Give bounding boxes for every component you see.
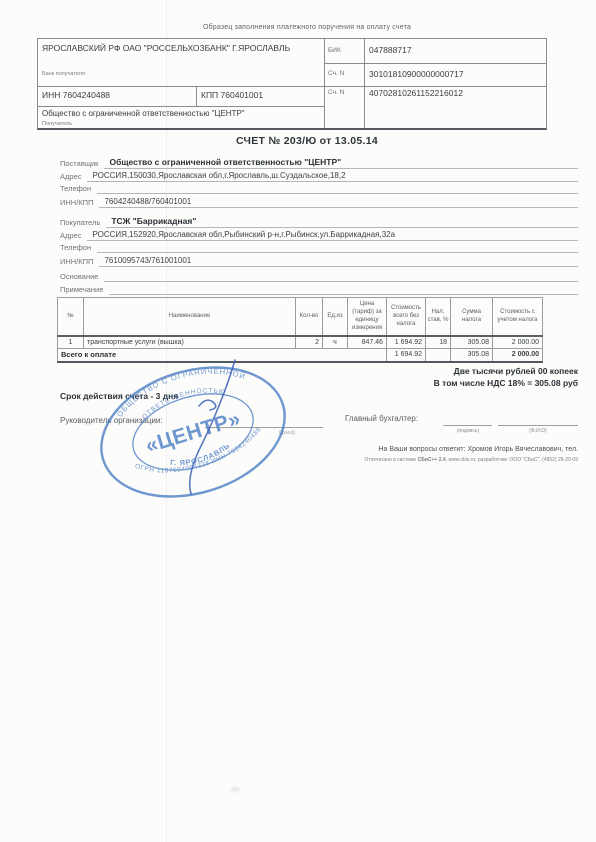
note-label: Примечание [60, 285, 109, 295]
supplier-phone [97, 184, 578, 194]
supplier-label: Поставщик [60, 159, 104, 169]
cell-unit: ч [323, 336, 348, 349]
account-value: 40702810261152216012 [369, 88, 463, 98]
cell-taxrate: 18 [426, 336, 451, 349]
scan-smudge [230, 787, 240, 792]
printed-suffix: , www.sbis.ru; разработчик: ООО "СБиС", … [446, 457, 578, 463]
innkpp-label: ИНН/КПП [60, 198, 99, 208]
accountant-sign-hint: (подпись) [438, 428, 498, 434]
cell-name: транспортные услуги (вышка) [84, 336, 296, 349]
bik-label: БИК [328, 47, 341, 54]
divider [364, 39, 365, 128]
col-header-taxrate: Нал. став. % [426, 298, 451, 336]
printed-prefix: Отпечатано в системе [364, 457, 417, 463]
payee-bank-name: ЯРОСЛАВСКИЙ РФ ОАО "РОССЕЛЬХОЗБАНК" Г.ЯР… [42, 43, 290, 53]
basis-label: Основание [60, 272, 104, 282]
printed-by-line: Отпечатано в системе СБиС++ 2.4, www.sbi… [364, 457, 578, 463]
divider [324, 39, 325, 128]
account-label: Сч. N [328, 89, 344, 96]
buyer-phone-row: Телефон [60, 243, 578, 253]
buyer-address: РОССИЯ,152920,Ярославская обл,Рыбинский … [87, 230, 578, 241]
payee-hint: Получатель [42, 121, 72, 127]
basis-value [104, 272, 578, 282]
total-empty [426, 349, 451, 362]
col-header-number: № [58, 298, 84, 336]
accountant-fio-hint: (Ф.И.О) [498, 428, 578, 434]
cell-gross: 2 000.00 [493, 336, 543, 349]
items-table: № Наименование Кол-во Ед.из Цена (тариф)… [57, 297, 543, 363]
payee-name: Общество с ограниченной ответственностью… [42, 109, 245, 118]
amount-in-words: Две тысячи рублей 00 копеек [454, 366, 578, 376]
col-header-gross: Стоимость с учетом налога [493, 298, 543, 336]
stamp-body: ОБЩЕСТВО С ОГРАНИЧЕННОЙ ОТВЕТСТВЕННОСТЬЮ… [86, 356, 301, 508]
col-header-name: Наименование [84, 298, 296, 336]
total-net: 1 694.92 [387, 349, 426, 362]
cell-number: 1 [58, 336, 84, 349]
basis-row: Основание [60, 272, 578, 282]
table-row: 1 транспортные услуги (вышка) 2 ч 847.46… [58, 336, 543, 349]
scanned-invoice-page: Образец заполнения платежного поручения … [0, 0, 596, 842]
col-header-net: Стоимость всего без налога [387, 298, 426, 336]
phone-label: Телефон [60, 184, 97, 194]
divider [196, 86, 197, 106]
divider [324, 63, 546, 64]
cell-net: 1 694.92 [387, 336, 426, 349]
payee-inn: ИНН 7604240488 [42, 90, 110, 100]
supplier-innkpp-row: ИНН/КПП 7604240488/760401001 [60, 197, 578, 208]
accountant-label: Главный бухгалтер: [345, 414, 418, 423]
bik-value: 047888717 [369, 45, 412, 55]
bank-requisites-table: ЯРОСЛАВСКИЙ РФ ОАО "РОССЕЛЬХОЗБАНК" Г.ЯР… [37, 38, 547, 130]
vat-note: В том числе НДС 18% = 305.08 руб [434, 378, 578, 388]
buyer-innkpp: 7610095743/761001001 [99, 256, 578, 267]
buyer-address-row: Адрес РОССИЯ,152920,Ярославская обл,Рыби… [60, 230, 578, 241]
buyer-label: Покупатель [60, 218, 106, 228]
col-header-qty: Кол-во [296, 298, 323, 336]
invoice-title: СЧЕТ № 203/Ю от 13.05.14 [37, 135, 577, 147]
buyer-phone [97, 243, 578, 253]
address-label: Адрес [60, 231, 87, 241]
address-label: Адрес [60, 172, 87, 182]
supplier-row: Поставщик Общество с ограниченной ответс… [60, 157, 578, 169]
corr-account-value: 30101810900000000717 [369, 69, 464, 79]
payment-order-sample-note: Образец заполнения платежного поручения … [37, 24, 577, 31]
note-row: Примечание [60, 285, 578, 295]
total-taxsum: 305.08 [451, 349, 493, 362]
accountant-fio-line [498, 425, 578, 426]
divider [38, 106, 324, 107]
innkpp-label: ИНН/КПП [60, 257, 99, 267]
supplier-innkpp: 7604240488/760401001 [99, 197, 578, 208]
supplier-address-row: Адрес РОССИЯ,150030,Ярославская обл,г.Яр… [60, 171, 578, 182]
buyer-name: ТСЖ "Баррикадная" [106, 216, 578, 228]
printed-system-name: СБиС++ 2.4 [418, 457, 446, 463]
items-header-row: № Наименование Кол-во Ед.из Цена (тариф)… [58, 298, 543, 336]
supplier-name: Общество с ограниченной ответственностью… [104, 157, 578, 169]
payee-kpp: КПП 760401001 [201, 90, 263, 100]
payee-bank-hint: Банк получателя [42, 71, 85, 77]
col-header-taxsum: Сумма налога [451, 298, 493, 336]
buyer-innkpp-row: ИНН/КПП 7610095743/761001001 [60, 256, 578, 267]
supplier-phone-row: Телефон [60, 184, 578, 194]
total-gross: 2 000.00 [493, 349, 543, 362]
phone-label: Телефон [60, 243, 97, 253]
signature-flourish [199, 400, 216, 410]
cell-qty: 2 [296, 336, 323, 349]
company-stamp: ОБЩЕСТВО С ОГРАНИЧЕННОЙ ОТВЕТСТВЕННОСТЬЮ… [86, 356, 301, 508]
divider [38, 86, 546, 87]
contact-line: На Ваши вопросы ответит: Хромов Игорь Вя… [378, 446, 578, 453]
accountant-sign-line [443, 425, 492, 426]
supplier-address: РОССИЯ,150030,Ярославская обл,г.Ярославл… [87, 171, 578, 182]
corr-account-label: Сч. N [328, 70, 344, 77]
col-header-price: Цена (тариф) за единицу измерения [348, 298, 387, 336]
col-header-unit: Ед.из [323, 298, 348, 336]
buyer-row: Покупатель ТСЖ "Баррикадная" [60, 216, 578, 228]
note-value [109, 285, 578, 295]
cell-taxsum: 305.08 [451, 336, 493, 349]
cell-price: 847.46 [348, 336, 387, 349]
